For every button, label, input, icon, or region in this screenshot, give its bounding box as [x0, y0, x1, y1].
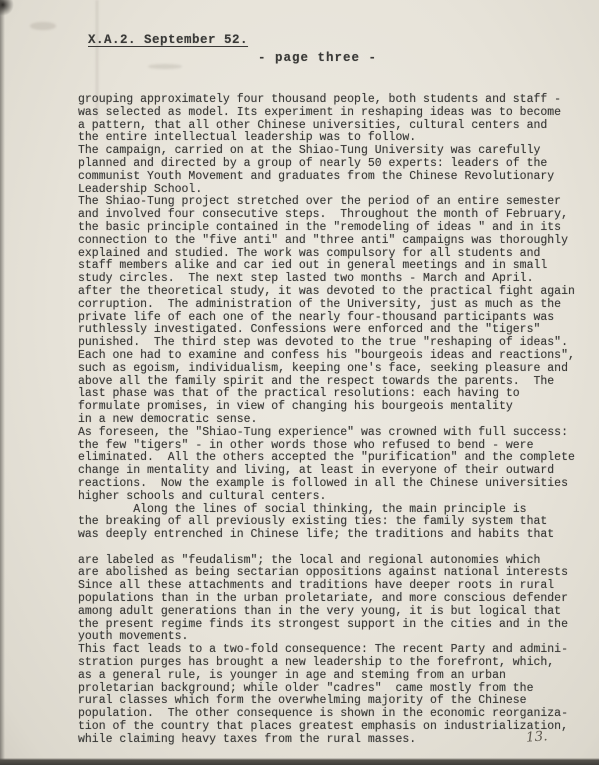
paper-smudge	[148, 64, 182, 69]
text-line: connection to the "five anti" and "three…	[78, 235, 599, 248]
text-line: in a new democratic sense.	[78, 414, 599, 427]
text-line: while claiming heavy taxes from the rura…	[78, 734, 599, 747]
text-line: higher schools and cultural centers.	[78, 491, 599, 504]
text-line: Each one had to examine and confess his …	[78, 350, 599, 363]
text-line: planned and directed by a group of nearl…	[78, 158, 599, 171]
text-line: the basic principle contained in the "re…	[78, 222, 599, 235]
text-line: As foreseen, the "Shiao-Tung experience"…	[78, 427, 599, 440]
text-line: as a general rule, is younger in age and…	[78, 670, 599, 683]
text-line: was deeply entrenched in Chinese life; t…	[78, 529, 599, 542]
document-lines: grouping approximately four thousand peo…	[78, 94, 599, 747]
text-line: such as egoism, individualism, keeping o…	[78, 363, 599, 376]
text-line: was selected as model. Its experiment in…	[78, 107, 599, 120]
text-line: after the theoretical study, it was devo…	[78, 286, 599, 299]
scanned-page: X.A.2. September 52. - page three - grou…	[0, 0, 599, 765]
document-reference: X.A.2. September 52.	[88, 33, 248, 47]
text-line: tion of the country that places greatest…	[78, 721, 599, 734]
text-line	[78, 542, 599, 555]
text-line: communist Youth Movement and graduates f…	[78, 171, 599, 184]
page-label: - page three -	[258, 51, 377, 65]
text-line: change in mentality and living, at least…	[78, 465, 599, 478]
text-line: formulate promises, in view of changing …	[78, 401, 599, 414]
handwritten-page-number: 13.	[525, 728, 548, 745]
text-line: reactions. Now the example is followed i…	[78, 478, 599, 491]
text-line: among adult generations than in the very…	[78, 606, 599, 619]
scan-edge-shadow-left	[0, 0, 5, 765]
text-line: stration purges has brought a new leader…	[78, 657, 599, 670]
text-line: grouping approximately four thousand peo…	[78, 94, 599, 107]
text-line: corruption. The administration of the Un…	[78, 299, 599, 312]
scan-edge-shadow-bottom	[0, 758, 599, 765]
text-line: populations than in the urban proletaria…	[78, 593, 599, 606]
paper-smudge	[30, 22, 56, 30]
